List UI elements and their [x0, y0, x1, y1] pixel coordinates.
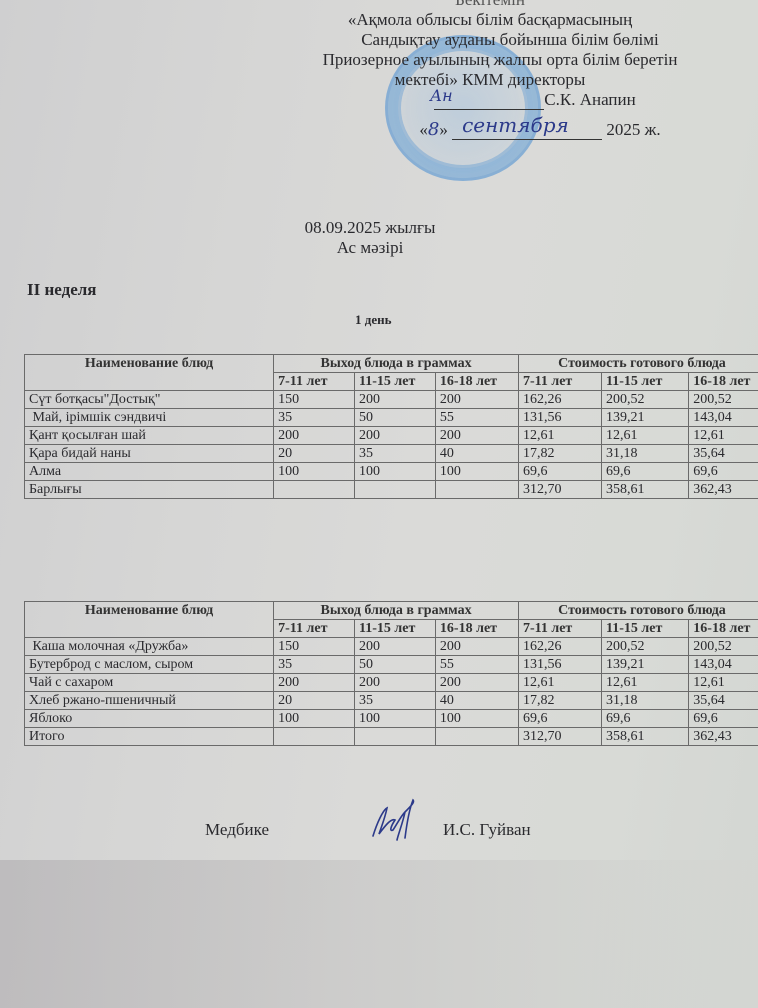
cost-cell: 139,21	[602, 656, 689, 674]
yield-cell: 200	[355, 427, 436, 445]
table-row: Алма10010010069,669,669,6	[25, 463, 758, 481]
cost-cell: 69,6	[689, 463, 758, 481]
yield-cell	[355, 728, 436, 746]
yield-cell: 35	[274, 656, 355, 674]
yield-cell: 50	[355, 409, 436, 427]
table-row: Чай с сахаром20020020012,6112,6112,61	[25, 674, 758, 692]
dish-name: Май, ірімшік сэндвичі	[25, 409, 274, 427]
header-yield-age-2: 16-18 лет	[435, 373, 518, 391]
menu-date: 08.09.2025 жылғы	[270, 218, 470, 238]
document-header: 08.09.2025 жылғы Ас мәзірі	[270, 218, 470, 258]
header-dish-name: Наименование блюд	[25, 602, 274, 638]
yield-cell: 150	[274, 391, 355, 409]
yield-cell: 100	[355, 463, 436, 481]
cost-cell: 12,61	[689, 674, 758, 692]
yield-cell: 200	[355, 638, 436, 656]
dish-name: Қара бидай наны	[25, 445, 274, 463]
yield-cell: 35	[274, 409, 355, 427]
dish-name: Чай с сахаром	[25, 674, 274, 692]
cost-cell: 362,43	[689, 481, 758, 499]
header-cost-age-2: 16-18 лет	[689, 620, 758, 638]
dish-name: Барлығы	[25, 481, 274, 499]
yield-cell	[435, 481, 518, 499]
cost-cell: 69,6	[602, 710, 689, 728]
header-yield-age-0: 7-11 лет	[274, 620, 355, 638]
table-row: Май, ірімшік сэндвичі355055131,56139,211…	[25, 409, 758, 427]
menu-table-kazakh: Наименование блюдВыход блюда в граммахСт…	[24, 354, 758, 499]
yield-cell: 200	[435, 638, 518, 656]
cost-cell: 312,70	[518, 481, 601, 499]
dish-name: Бутерброд с маслом, сыром	[25, 656, 274, 674]
yield-cell: 200	[435, 674, 518, 692]
table-row: Каша молочная «Дружба»150200200162,26200…	[25, 638, 758, 656]
week-label: II неделя	[27, 280, 96, 300]
approval-block: Бекітемін «Ақмола облысы білім басқармас…	[300, 0, 680, 140]
table-row: Яблоко10010010069,669,669,6	[25, 710, 758, 728]
photo-shading	[0, 860, 758, 1008]
signer-role: Медбике	[205, 820, 269, 840]
yield-cell: 35	[355, 692, 436, 710]
cost-cell: 12,61	[518, 427, 601, 445]
approval-date: «8» сентября 2025 ж.	[300, 120, 680, 140]
yield-cell: 200	[355, 674, 436, 692]
cost-cell: 362,43	[689, 728, 758, 746]
yield-cell: 50	[355, 656, 436, 674]
date-day: 8	[428, 119, 439, 140]
cost-cell: 200,52	[689, 391, 758, 409]
cost-cell: 69,6	[689, 710, 758, 728]
cost-cell: 35,64	[689, 692, 758, 710]
date-month: сентября	[462, 115, 569, 135]
signer-name: И.С. Гуйван	[443, 820, 531, 840]
table-row: Итого312,70358,61362,43	[25, 728, 758, 746]
table-row: Қара бидай наны20354017,8231,1835,64	[25, 445, 758, 463]
signer-signature-icon	[365, 798, 425, 848]
yield-cell	[274, 728, 355, 746]
menu-title: Ас мәзірі	[270, 238, 470, 258]
cost-cell: 139,21	[602, 409, 689, 427]
table-row: Барлығы312,70358,61362,43	[25, 481, 758, 499]
cost-cell: 31,18	[602, 692, 689, 710]
header-cost-age-0: 7-11 лет	[518, 373, 601, 391]
dish-name: Каша молочная «Дружба»	[25, 638, 274, 656]
yield-cell: 55	[435, 409, 518, 427]
dish-name: Сүт ботқасы"Достық"	[25, 391, 274, 409]
cost-cell: 12,61	[518, 674, 601, 692]
table-row: Сүт ботқасы"Достық"150200200162,26200,52…	[25, 391, 758, 409]
header-yield-group: Выход блюда в граммах	[274, 602, 519, 620]
date-year: 2025 ж.	[606, 120, 660, 139]
cost-cell: 12,61	[602, 427, 689, 445]
yield-cell: 55	[435, 656, 518, 674]
table-row: Қант қосылған шай20020020012,6112,6112,6…	[25, 427, 758, 445]
approval-heading: Бекітемін	[300, 0, 680, 10]
cost-cell: 12,61	[602, 674, 689, 692]
cost-cell: 69,6	[602, 463, 689, 481]
yield-cell: 100	[274, 463, 355, 481]
cost-cell: 143,04	[689, 656, 758, 674]
cost-cell: 358,61	[602, 728, 689, 746]
approval-line-3: Приозерное ауылының жалпы орта білім бер…	[300, 50, 680, 70]
yield-cell: 40	[435, 692, 518, 710]
yield-cell	[355, 481, 436, 499]
director-signature-scrawl: Ан	[430, 86, 453, 106]
header-cost-age-1: 11-15 лет	[602, 373, 689, 391]
table-row: Хлеб ржано-пшеничный20354017,8231,1835,6…	[25, 692, 758, 710]
header-yield-age-1: 11-15 лет	[355, 620, 436, 638]
header-cost-age-0: 7-11 лет	[518, 620, 601, 638]
yield-cell: 200	[435, 391, 518, 409]
director-signature-line: С.К. Анапин Ан	[300, 90, 680, 110]
header-yield-age-2: 16-18 лет	[435, 620, 518, 638]
dish-name: Хлеб ржано-пшеничный	[25, 692, 274, 710]
approval-line-1: «Ақмола облысы білім басқармасының	[300, 10, 680, 30]
dish-name: Яблоко	[25, 710, 274, 728]
yield-cell: 150	[274, 638, 355, 656]
cost-cell: 69,6	[518, 710, 601, 728]
menu-table-russian: Наименование блюдВыход блюда в граммахСт…	[24, 601, 758, 746]
yield-cell: 100	[435, 463, 518, 481]
dish-name: Итого	[25, 728, 274, 746]
yield-cell: 20	[274, 692, 355, 710]
yield-cell: 200	[274, 427, 355, 445]
header-yield-age-0: 7-11 лет	[274, 373, 355, 391]
cost-cell: 69,6	[518, 463, 601, 481]
date-open-quote: «	[419, 120, 428, 139]
yield-cell	[274, 481, 355, 499]
date-month-line: сентября	[452, 125, 602, 140]
cost-cell: 17,82	[518, 445, 601, 463]
yield-cell: 200	[274, 674, 355, 692]
cost-cell: 200,52	[602, 638, 689, 656]
day-label: 1 день	[355, 312, 391, 328]
yield-cell: 100	[274, 710, 355, 728]
header-cost-group: Стоимость готового блюда	[518, 355, 758, 373]
cost-cell: 12,61	[689, 427, 758, 445]
cost-cell: 35,64	[689, 445, 758, 463]
yield-cell: 100	[355, 710, 436, 728]
header-cost-group: Стоимость готового блюда	[518, 602, 758, 620]
header-cost-age-2: 16-18 лет	[689, 373, 758, 391]
yield-cell: 200	[435, 427, 518, 445]
yield-cell: 35	[355, 445, 436, 463]
yield-cell: 100	[435, 710, 518, 728]
approval-line-4: мектебі» КММ директоры	[300, 70, 680, 90]
yield-cell: 20	[274, 445, 355, 463]
cost-cell: 162,26	[518, 638, 601, 656]
cost-cell: 200,52	[602, 391, 689, 409]
header-yield-group: Выход блюда в граммах	[274, 355, 519, 373]
yield-cell: 40	[435, 445, 518, 463]
cost-cell: 131,56	[518, 656, 601, 674]
cost-cell: 200,52	[689, 638, 758, 656]
approval-line-2: Сандықтау ауданы бойынша білім бөлімі	[300, 30, 680, 50]
director-name: С.К. Анапин	[544, 90, 635, 109]
table-row: Бутерброд с маслом, сыром355055131,56139…	[25, 656, 758, 674]
cost-cell: 131,56	[518, 409, 601, 427]
dish-name: Қант қосылған шай	[25, 427, 274, 445]
cost-cell: 162,26	[518, 391, 601, 409]
header-cost-age-1: 11-15 лет	[602, 620, 689, 638]
cost-cell: 143,04	[689, 409, 758, 427]
date-close-quote: »	[439, 120, 448, 139]
header-dish-name: Наименование блюд	[25, 355, 274, 391]
cost-cell: 358,61	[602, 481, 689, 499]
cost-cell: 31,18	[602, 445, 689, 463]
yield-cell: 200	[355, 391, 436, 409]
header-yield-age-1: 11-15 лет	[355, 373, 436, 391]
dish-name: Алма	[25, 463, 274, 481]
cost-cell: 17,82	[518, 692, 601, 710]
yield-cell	[435, 728, 518, 746]
cost-cell: 312,70	[518, 728, 601, 746]
